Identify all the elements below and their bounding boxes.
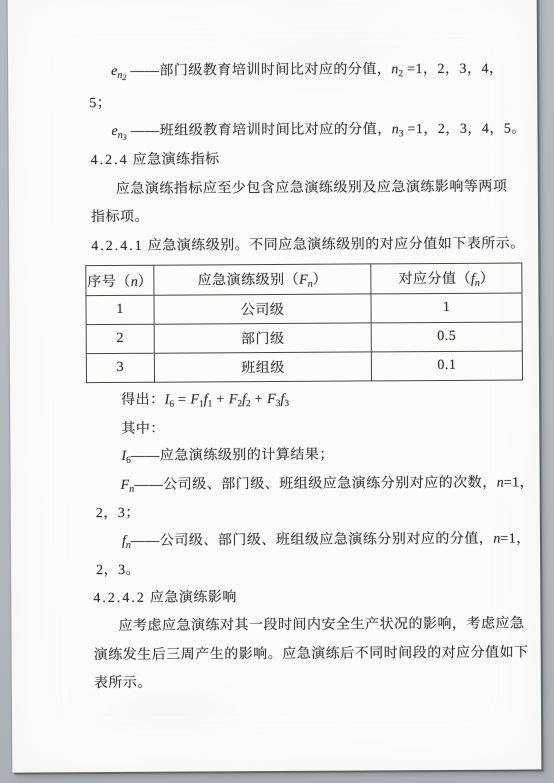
para-impact-1: 应考虑应急演练对其一段时间内安全生产状况的影响，考虑应急 <box>118 615 524 634</box>
drill-level-score-table: 序号（n） 应急演练级别（Fn） 对应分值（fn） 1 公司级 1 2 部门级 … <box>85 262 523 383</box>
col-header-index: 序号（n） <box>86 265 154 295</box>
col-header-level: 应急演练级别（Fn） <box>154 264 371 295</box>
table-row: 2 部门级 0.5 <box>86 322 522 354</box>
table-header-row: 序号（n） 应急演练级别（Fn） 对应分值（fn） <box>86 263 522 296</box>
table-cell: 3 <box>86 353 154 382</box>
line-def-e-n2: en2 ——部门级教育培训时间比对应的分值，n2 =1，2，3，4， <box>111 61 503 80</box>
para-indicators-2: 指标项。 <box>91 209 149 226</box>
table-cell: 班组级 <box>154 352 371 382</box>
table-cell: 1 <box>86 295 154 324</box>
table-cell: 1 <box>371 293 522 323</box>
table-cell: 部门级 <box>154 323 371 353</box>
line-def-I6: I6——应急演练级别的计算结果； <box>121 447 334 465</box>
col-header-score: 对应分值（fn） <box>371 263 522 294</box>
heading-4-2-4: 4.2.4 应急演练指标 <box>91 151 220 169</box>
formula-result: 得出：I6 = F1f1 + F2f2 + F3f3 <box>121 391 289 409</box>
line-def-Fn-cont: 2，3； <box>96 505 140 522</box>
line-def-e-n2-cont: 5； <box>89 95 111 112</box>
label-among: 其中： <box>121 421 165 438</box>
document-page: en2 ——部门级教育培训时间比对应的分值，n2 =1，2，3，4， 5； en… <box>8 0 542 773</box>
table-row: 1 公司级 1 <box>86 293 522 325</box>
scanner-background: en2 ——部门级教育培训时间比对应的分值，n2 =1，2，3，4， 5； en… <box>0 0 554 783</box>
para-impact-2: 演练发生后三周产生的影响。应急演练后不同时间段的对应分值如下 <box>94 644 529 664</box>
para-indicators-1: 应急演练指标应至少包含应急演练级别及应急演练影响等两项 <box>116 179 508 198</box>
line-def-e-n3: en3 ——班组级教育培训时间比对应的分值，n3 =1，2，3，4，5。 <box>111 120 525 140</box>
line-def-fn-cont: 2，3。 <box>96 562 140 579</box>
table-cell: 0.1 <box>371 351 522 381</box>
heading-4-2-4-2: 4.2.4.2 应急演练影响 <box>93 589 237 607</box>
line-def-fn: fn——公司级、部门级、班组级应急演练分别对应的分值，n=1， <box>122 530 531 549</box>
table-row: 3 班组级 0.1 <box>86 351 522 383</box>
heading-4-2-4-1: 4.2.4.1 应急演练级别。不同应急演练级别的对应分值如下表所示。 <box>91 235 525 255</box>
para-impact-3: 表所示。 <box>94 675 152 692</box>
line-def-Fn: Fn——公司级、部门级、班组级应急演练分别对应的次数，n=1， <box>121 474 535 494</box>
table-cell: 0.5 <box>371 322 522 352</box>
table-cell: 公司级 <box>154 294 371 324</box>
table-cell: 2 <box>86 324 154 353</box>
